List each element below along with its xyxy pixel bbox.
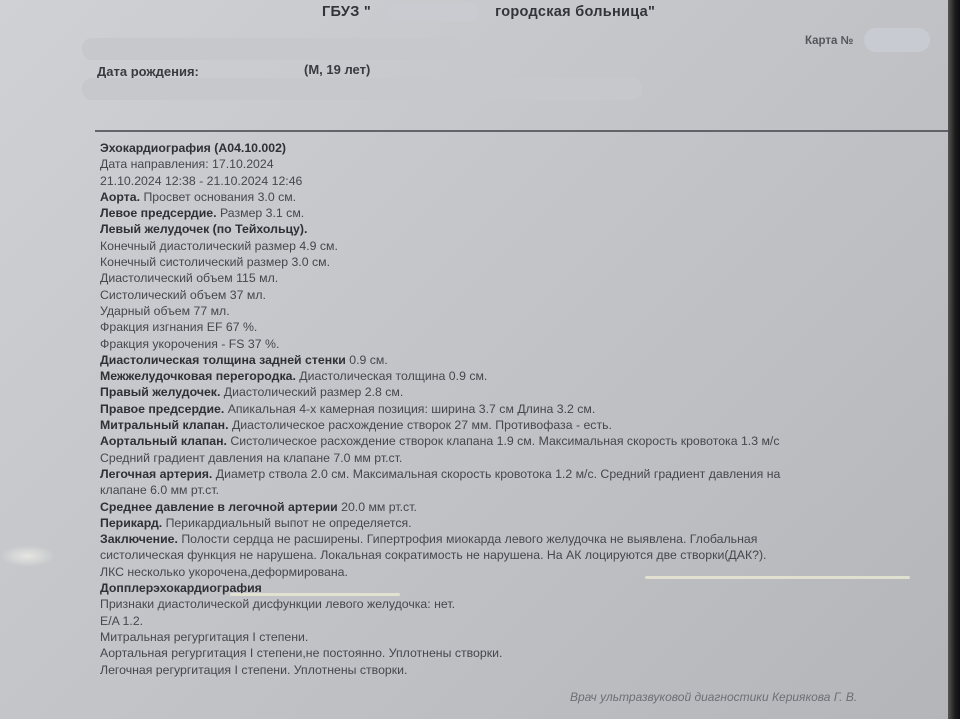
report-line: Среднее давление в легочной артерии 20.0… (100, 499, 940, 515)
report-line-heading: Эхокардиография (А04.10.002) (100, 141, 286, 155)
redacted-address (82, 78, 642, 100)
report-line-text: Апикальная 4-х камерная позиция: ширина … (224, 402, 595, 416)
doctor-signature: Врач ультразвуковой диагностики Керияков… (570, 690, 857, 704)
report-line-heading: Митральный клапан. (100, 418, 229, 432)
report-line: Систолический объем 37 мл. (100, 287, 940, 303)
report-line-text: E/A 1.2. (100, 614, 143, 628)
report-line-heading: Аортальный клапан. (100, 434, 227, 448)
birth-date-label: Дата рождения: (97, 64, 199, 79)
report-line-text: Ударный объем 77 мл. (100, 304, 230, 318)
report-line: Правый желудочек. Диастолический размер … (100, 384, 940, 400)
report-line-text: Размер 3.1 см. (217, 206, 305, 220)
report-line-text: Перикардиальный выпот не определяется. (162, 516, 411, 530)
redacted-name (387, 3, 479, 21)
report-line-text: систолическая функция не нарушена. Локал… (100, 548, 766, 562)
report-line: Митральный клапан. Диастолическое расхож… (100, 417, 940, 433)
highlight-mark (230, 593, 400, 596)
report-line: Аортальная регургитация I степени,не пос… (100, 645, 940, 661)
report-line: Конечный систолический размер 3.0 см. (100, 254, 940, 270)
report-line-text: Конечный систолический размер 3.0 см. (100, 255, 330, 269)
institution-prefix: ГБУЗ " (322, 4, 371, 20)
report-line-text: Фракция укорочения - FS 37 %. (100, 337, 279, 351)
highlight-mark (645, 576, 910, 579)
report-line-text: Диастолическое расхождение створок 27 мм… (229, 418, 612, 432)
report-line: Признаки диастолической дисфункции левог… (100, 596, 940, 612)
report-line: Митральная регургитация I степени. (100, 629, 940, 645)
report-line-heading: Среднее давление в легочной артерии (100, 500, 338, 514)
institution-suffix: городская больница" (495, 4, 655, 20)
report-line-text: клапане 6.0 мм рт.ст. (100, 483, 219, 497)
report-line: Фракция укорочения - FS 37 %. (100, 336, 940, 352)
echo-report: Эхокардиография (А04.10.002)Дата направл… (100, 140, 940, 678)
redacted-patient-name (82, 38, 462, 60)
report-line: Диастолическая толщина задней стенки 0.9… (100, 352, 940, 368)
report-line-text: ЛКС несколько укорочена,деформирована. (100, 565, 348, 579)
report-line: Правое предсердие. Апикальная 4-х камерн… (100, 401, 940, 417)
report-line-text: Систолический объем 37 мл. (100, 288, 266, 302)
report-line: Эхокардиография (А04.10.002) (100, 140, 940, 156)
report-line-heading: Легочная артерия. (100, 467, 212, 481)
report-line-heading: Заключение. (100, 532, 178, 546)
paper-smudge (0, 545, 55, 567)
report-line: 21.10.2024 12:38 - 21.10.2024 12:46 (100, 173, 940, 189)
report-line-text: Диастолическая толщина 0.9 см. (296, 369, 487, 383)
report-line-text: Легочная регургитация I степени. Уплотне… (100, 663, 407, 677)
report-line: Заключение. Полости сердца не расширены.… (100, 531, 940, 547)
report-line-text: Признаки диастолической дисфункции левог… (100, 597, 455, 611)
report-line-heading: Перикард. (100, 516, 162, 530)
divider (95, 130, 950, 132)
institution-title: ГБУЗ "городская больница" (322, 3, 655, 21)
report-line-text: Диастолический объем 115 мл. (100, 271, 278, 285)
report-line: Фракция изгнания EF 67 %. (100, 319, 940, 335)
report-line: Конечный диастолический размер 4.9 см. (100, 238, 940, 254)
report-line-text: Систолическое расхождение створок клапан… (227, 434, 780, 448)
report-line-text: 21.10.2024 12:38 - 21.10.2024 12:46 (100, 174, 302, 188)
report-line-text: Дата направления: 17.10.2024 (100, 157, 274, 171)
report-line-text: Просвет основания 3.0 см. (140, 190, 296, 204)
report-line: Аорта. Просвет основания 3.0 см. (100, 189, 940, 205)
report-line: Аортальный клапан. Систолическое расхожд… (100, 433, 940, 449)
report-line: клапане 6.0 мм рт.ст. (100, 482, 940, 498)
report-line-text: Фракция изгнания EF 67 %. (100, 320, 257, 334)
report-line-text: 20.0 мм рт.ст. (338, 500, 417, 514)
report-line-text: Полости сердца не расширены. Гипертрофия… (178, 532, 757, 546)
report-line-text: Средний градиент давления на клапане 7.0… (100, 451, 402, 465)
redacted-card-number (864, 28, 930, 52)
report-line-heading: Правое предсердие. (100, 402, 224, 416)
report-line: Диастолический объем 115 мл. (100, 270, 940, 286)
report-line-text: Конечный диастолический размер 4.9 см. (100, 239, 338, 253)
report-line-text: Аортальная регургитация I степени,не пос… (100, 646, 502, 660)
report-line-heading: Аорта. (100, 190, 140, 204)
report-line: Допплерэхокардиография (100, 580, 940, 596)
card-number-label: Карта № (805, 35, 853, 47)
report-line-heading: Межжелудочковая перегородка. (100, 369, 296, 383)
patient-sex-age: (М, 19 лет) (304, 62, 370, 77)
report-line: Межжелудочковая перегородка. Диастоличес… (100, 368, 940, 384)
report-line: E/A 1.2. (100, 613, 940, 629)
report-line-text: Диастолический размер 2.8 см. (220, 385, 403, 399)
paper-edge (948, 0, 960, 719)
report-line-text: Диаметр ствола 2.0 см. Максимальная скор… (212, 467, 780, 481)
report-line: Легочная регургитация I степени. Уплотне… (100, 662, 940, 678)
report-line-heading: Левое предсердие. (100, 206, 217, 220)
report-line: систолическая функция не нарушена. Локал… (100, 547, 940, 563)
report-line: Левый желудочек (по Тейхольцу). (100, 221, 940, 237)
report-line: Средний градиент давления на клапане 7.0… (100, 450, 940, 466)
report-line: Легочная артерия. Диаметр ствола 2.0 см.… (100, 466, 940, 482)
report-line: Ударный объем 77 мл. (100, 303, 940, 319)
report-line: Перикард. Перикардиальный выпот не опред… (100, 515, 940, 531)
report-line-text: 0.9 см. (346, 353, 388, 367)
report-line: Левое предсердие. Размер 3.1 см. (100, 205, 940, 221)
report-line-text: Митральная регургитация I степени. (100, 630, 308, 644)
report-line: Дата направления: 17.10.2024 (100, 156, 940, 172)
report-line-heading: Правый желудочек. (100, 385, 220, 399)
report-line-heading: Диастолическая толщина задней стенки (100, 353, 346, 367)
report-line-heading: Левый желудочек (по Тейхольцу). (100, 222, 307, 236)
